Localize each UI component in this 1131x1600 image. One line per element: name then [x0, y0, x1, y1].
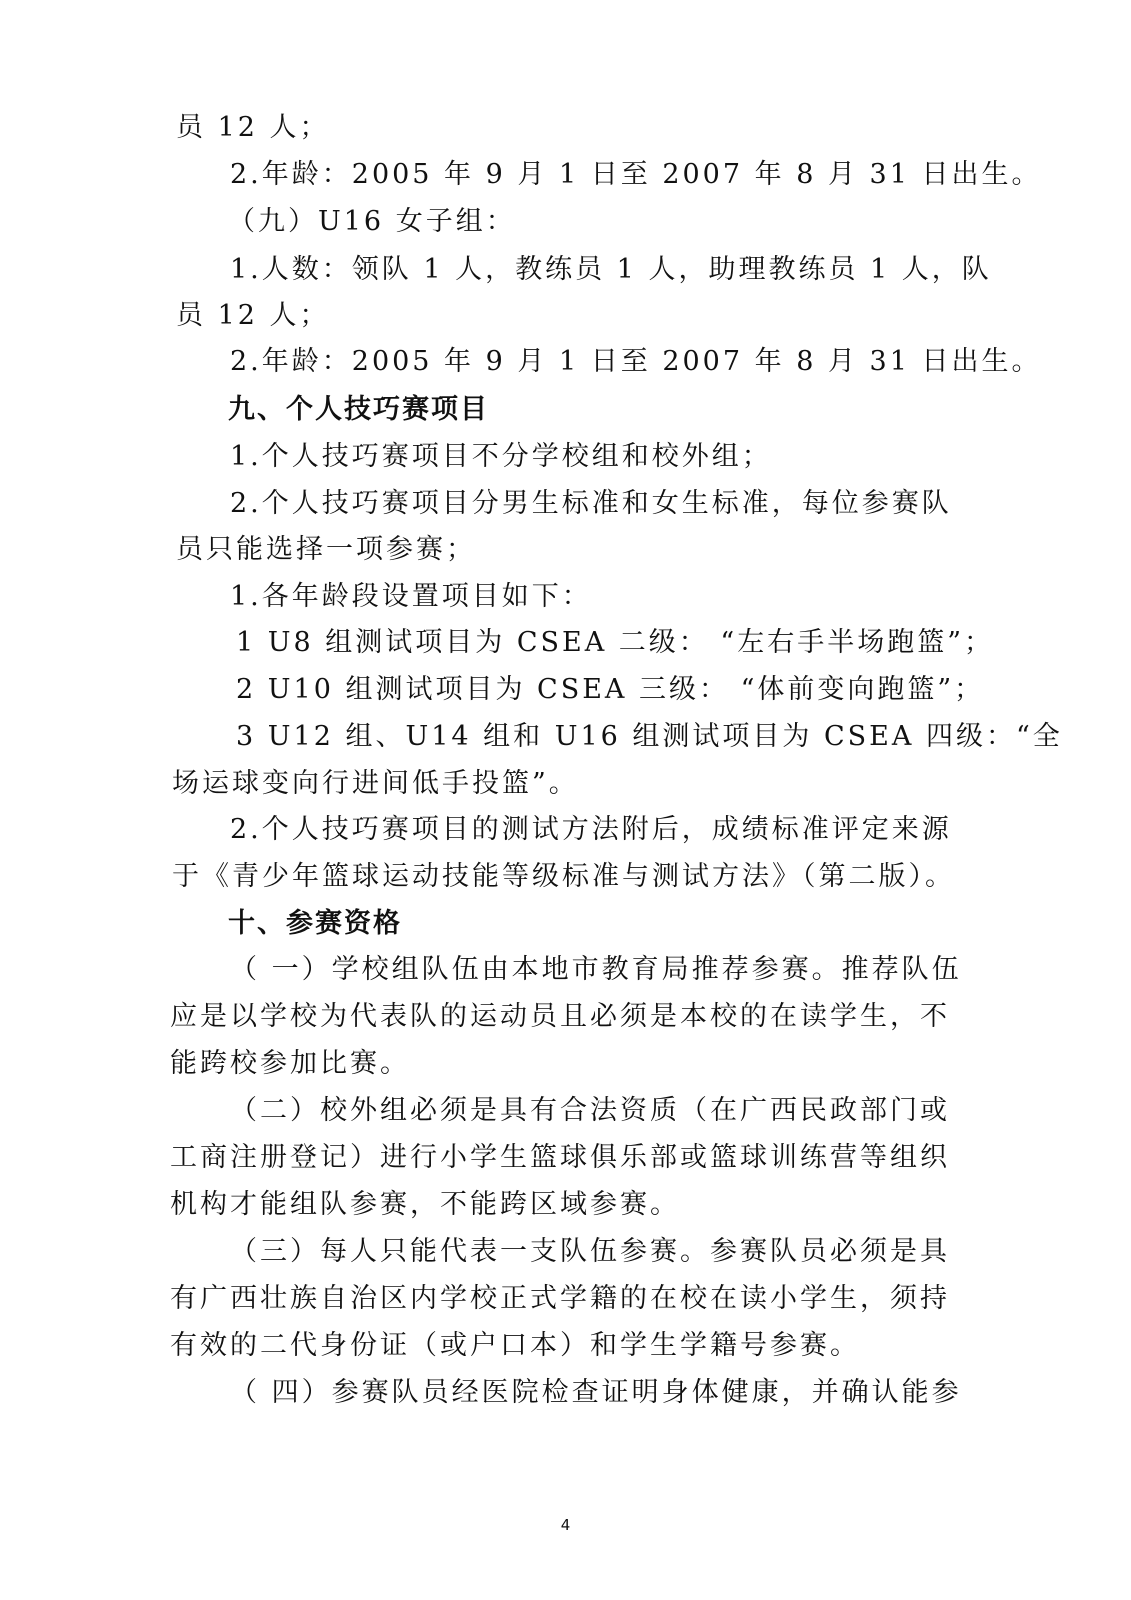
text-line: 员只能选择一项参赛； [176, 530, 476, 570]
text-line: 1.各年龄段设置项目如下： [230, 577, 592, 617]
text-line: 3 U12 组、U14 组和 U16 组测试项目为 CSEA 四级：“全 [236, 717, 940, 757]
document-page: 员 12 人；2.年龄：2005 年 9 月 1 日至 2007 年 8 月 3… [0, 0, 1131, 1600]
page-number: 4 [0, 1516, 1131, 1534]
text-line: （三）每人只能代表一支队伍参赛。参赛队员必须是具 [230, 1232, 940, 1272]
text-line: （二）校外组必须是具有合法资质（在广西民政部门或 [230, 1091, 940, 1131]
text-line: 能跨校参加比赛。 [170, 1044, 410, 1084]
text-line: 1.人数：领队 1 人，教练员 1 人，助理教练员 1 人，队 [230, 250, 940, 290]
section-heading: 十、参赛资格 [228, 904, 402, 944]
text-line: 1.个人技巧赛项目不分学校组和校外组； [230, 437, 772, 477]
section-heading: 九、个人技巧赛项目 [228, 390, 489, 430]
text-line: 工商注册登记）进行小学生篮球俱乐部或篮球训练营等组织 [170, 1138, 940, 1178]
text-line: 2.个人技巧赛项目分男生标准和女生标准，每位参赛队 [230, 484, 940, 524]
text-line: 应是以学校为代表队的运动员且必须是本校的在读学生，不 [170, 997, 940, 1037]
text-line: 2.年龄：2005 年 9 月 1 日至 2007 年 8 月 31 日出生。 [230, 155, 1042, 195]
text-line: 2.个人技巧赛项目的测试方法附后，成绩标准评定来源 [230, 810, 940, 850]
text-line: 2 U10 组测试项目为 CSEA 三级： “体前变向跑篮”； [236, 670, 940, 710]
text-line: 2.年龄：2005 年 9 月 1 日至 2007 年 8 月 31 日出生。 [230, 342, 1042, 382]
text-line: 场运球变向行进间低手投篮”。 [172, 764, 579, 804]
text-line: 有效的二代身份证（或户口本）和学生学籍号参赛。 [170, 1326, 860, 1366]
text-line: （九）U16 女子组： [228, 202, 516, 242]
text-line: （ 四）参赛队员经医院检查证明身体健康，并确认能参 [230, 1373, 940, 1413]
text-line: 机构才能组队参赛，不能跨区域参赛。 [170, 1185, 680, 1225]
text-line: 有广西壮族自治区内学校正式学籍的在校在读小学生，须持 [170, 1279, 940, 1319]
text-line: 于《青少年篮球运动技能等级标准与测试方法》（第二版）。 [172, 857, 940, 897]
text-line: 员 12 人； [176, 296, 330, 336]
text-line: 1 U8 组测试项目为 CSEA 二级： “左右手半场跑篮”； [236, 623, 940, 663]
text-line: 员 12 人； [176, 108, 330, 148]
text-line: （ 一）学校组队伍由本地市教育局推荐参赛。推荐队伍 [230, 950, 940, 990]
